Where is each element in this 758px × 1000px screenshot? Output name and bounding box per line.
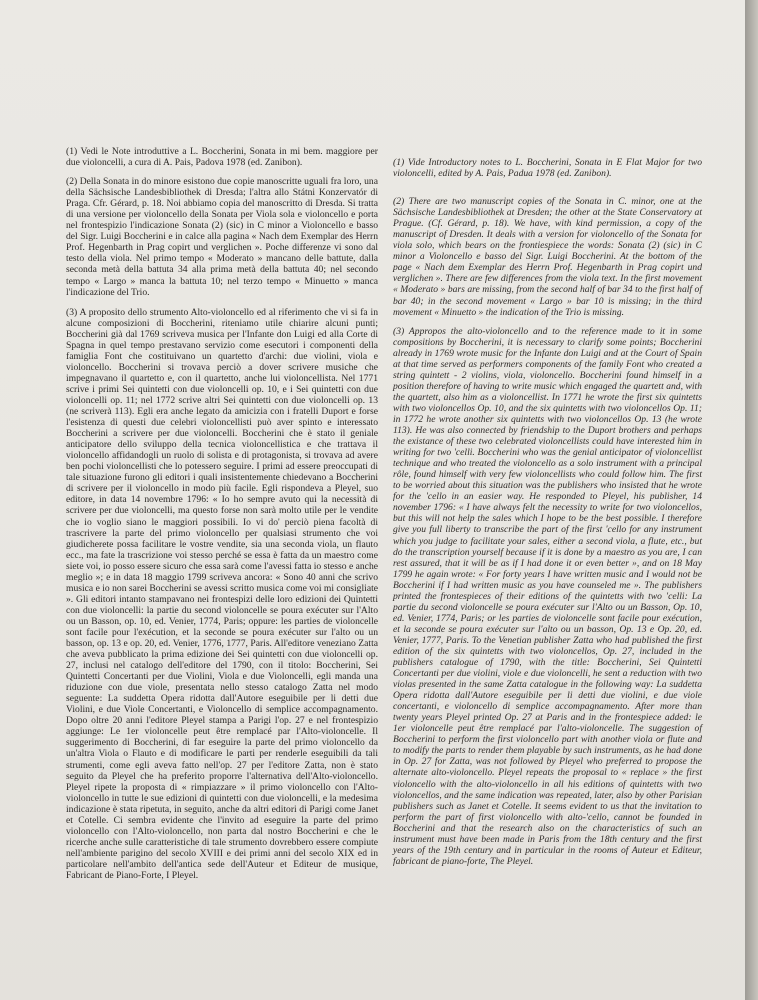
english-notes-column: (1) Vide Introductory notes to L. Bocche… [393,146,702,876]
italian-notes-column: (1) Vedi le Note introduttive a L. Bocch… [66,146,378,890]
english-note-2: (2) There are two manuscript copies of t… [393,196,702,318]
italian-note-1: (1) Vedi le Note introduttive a L. Bocch… [66,146,378,168]
english-note-3: (3) Appropos the alto-violoncello and to… [393,326,702,867]
page-edge-shadow [745,0,758,1000]
italian-note-2: (2) Della Sonata in do minore esistono d… [66,176,378,298]
italian-note-3: (3) A proposito dello strumento Alto-vio… [66,307,378,881]
document-page: (1) Vedi le Note introduttive a L. Bocch… [0,0,745,1000]
english-note-1: (1) Vide Introductory notes to L. Bocche… [393,157,702,179]
